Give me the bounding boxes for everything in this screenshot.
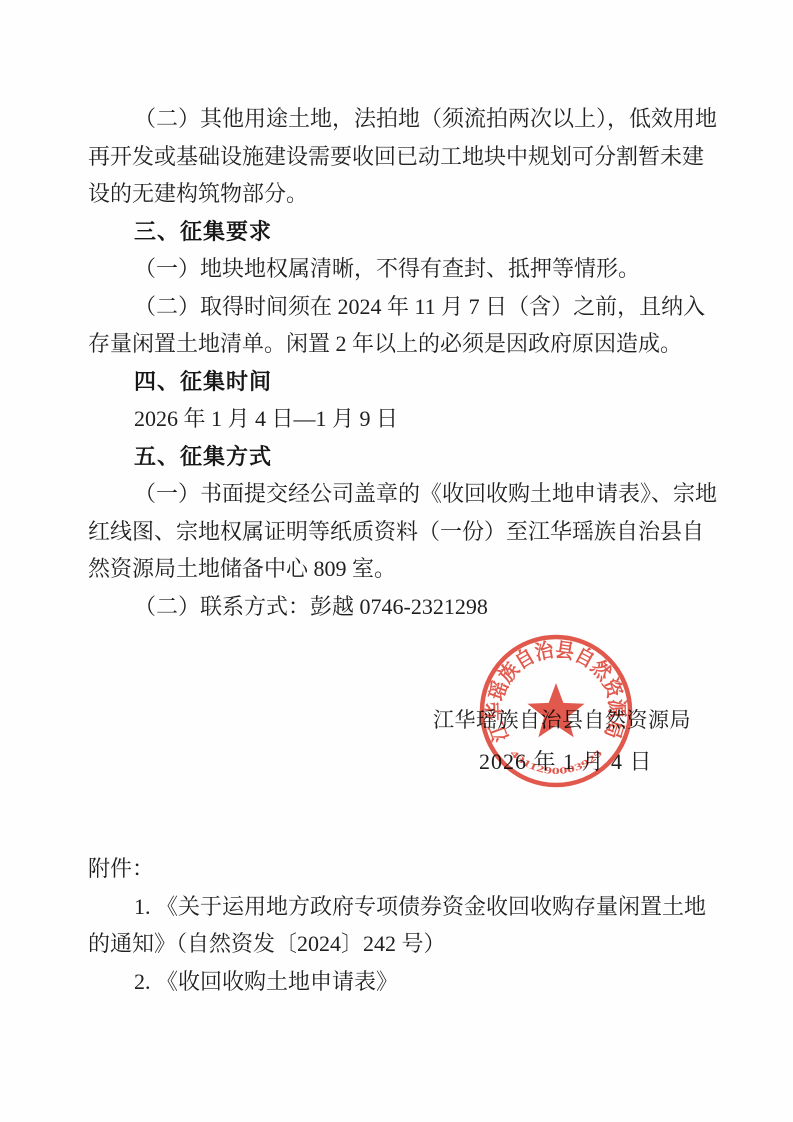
body-line: 2026 年 1 月 4 日—1 月 9 日 [88,400,720,438]
section-heading-3: 三、征集要求 [88,213,720,251]
attachment-item: 2. 《收回收购土地申请表》 [88,963,728,1001]
attachments-section: 附件： 1. 《关于运用地方政府专项债券资金收回收购存量闲置土地 的通知》（自然… [88,850,728,1000]
seal-star-icon [527,683,584,737]
body-line: （二）取得时间须在 2024 年 11 月 7 日（含）之前，且纳入 [88,288,720,326]
body-line: 设的无建构筑物部分。 [88,175,720,213]
attachment-item: 的通知》（自然资发〔2024〕242 号） [88,925,728,963]
section-heading-4: 四、征集时间 [88,363,720,401]
section-heading-5: 五、征集方式 [88,438,720,476]
official-seal-stamp: 江华瑶族自治县自然资源局 4311290003925 [477,632,635,790]
attachments-label: 附件： [88,850,728,888]
body-line: （二）其他用途土地，法拍地（须流拍两次以上），低效用地 [88,100,720,138]
seal-code-text: 4311290003925 [507,748,605,777]
document-page: （二）其他用途土地，法拍地（须流拍两次以上），低效用地 再开发或基础设施建设需要… [0,0,793,1122]
body-line: 然资源局土地储备中心 809 室。 [88,550,720,588]
document-body: （二）其他用途土地，法拍地（须流拍两次以上），低效用地 再开发或基础设施建设需要… [88,100,720,625]
body-line: 存量闲置土地清单。闲置 2 年以上的必须是因政府原因造成。 [88,325,720,363]
body-line: 再开发或基础设施建设需要收回已动工地块中规划可分割暂未建 [88,138,720,176]
attachment-item: 1. 《关于运用地方政府专项债券资金收回收购存量闲置土地 [88,888,728,926]
contact-line: （二）联系方式：彭越 0746-2321298 [88,588,720,626]
body-line: 红线图、宗地权属证明等纸质资料（一份）至江华瑶族自治县自 [88,513,720,551]
body-line: （一）书面提交经公司盖章的《收回收购土地申请表》、宗地 [88,475,720,513]
body-line: （一）地块地权属清晰，不得有查封、抵押等情形。 [88,250,720,288]
